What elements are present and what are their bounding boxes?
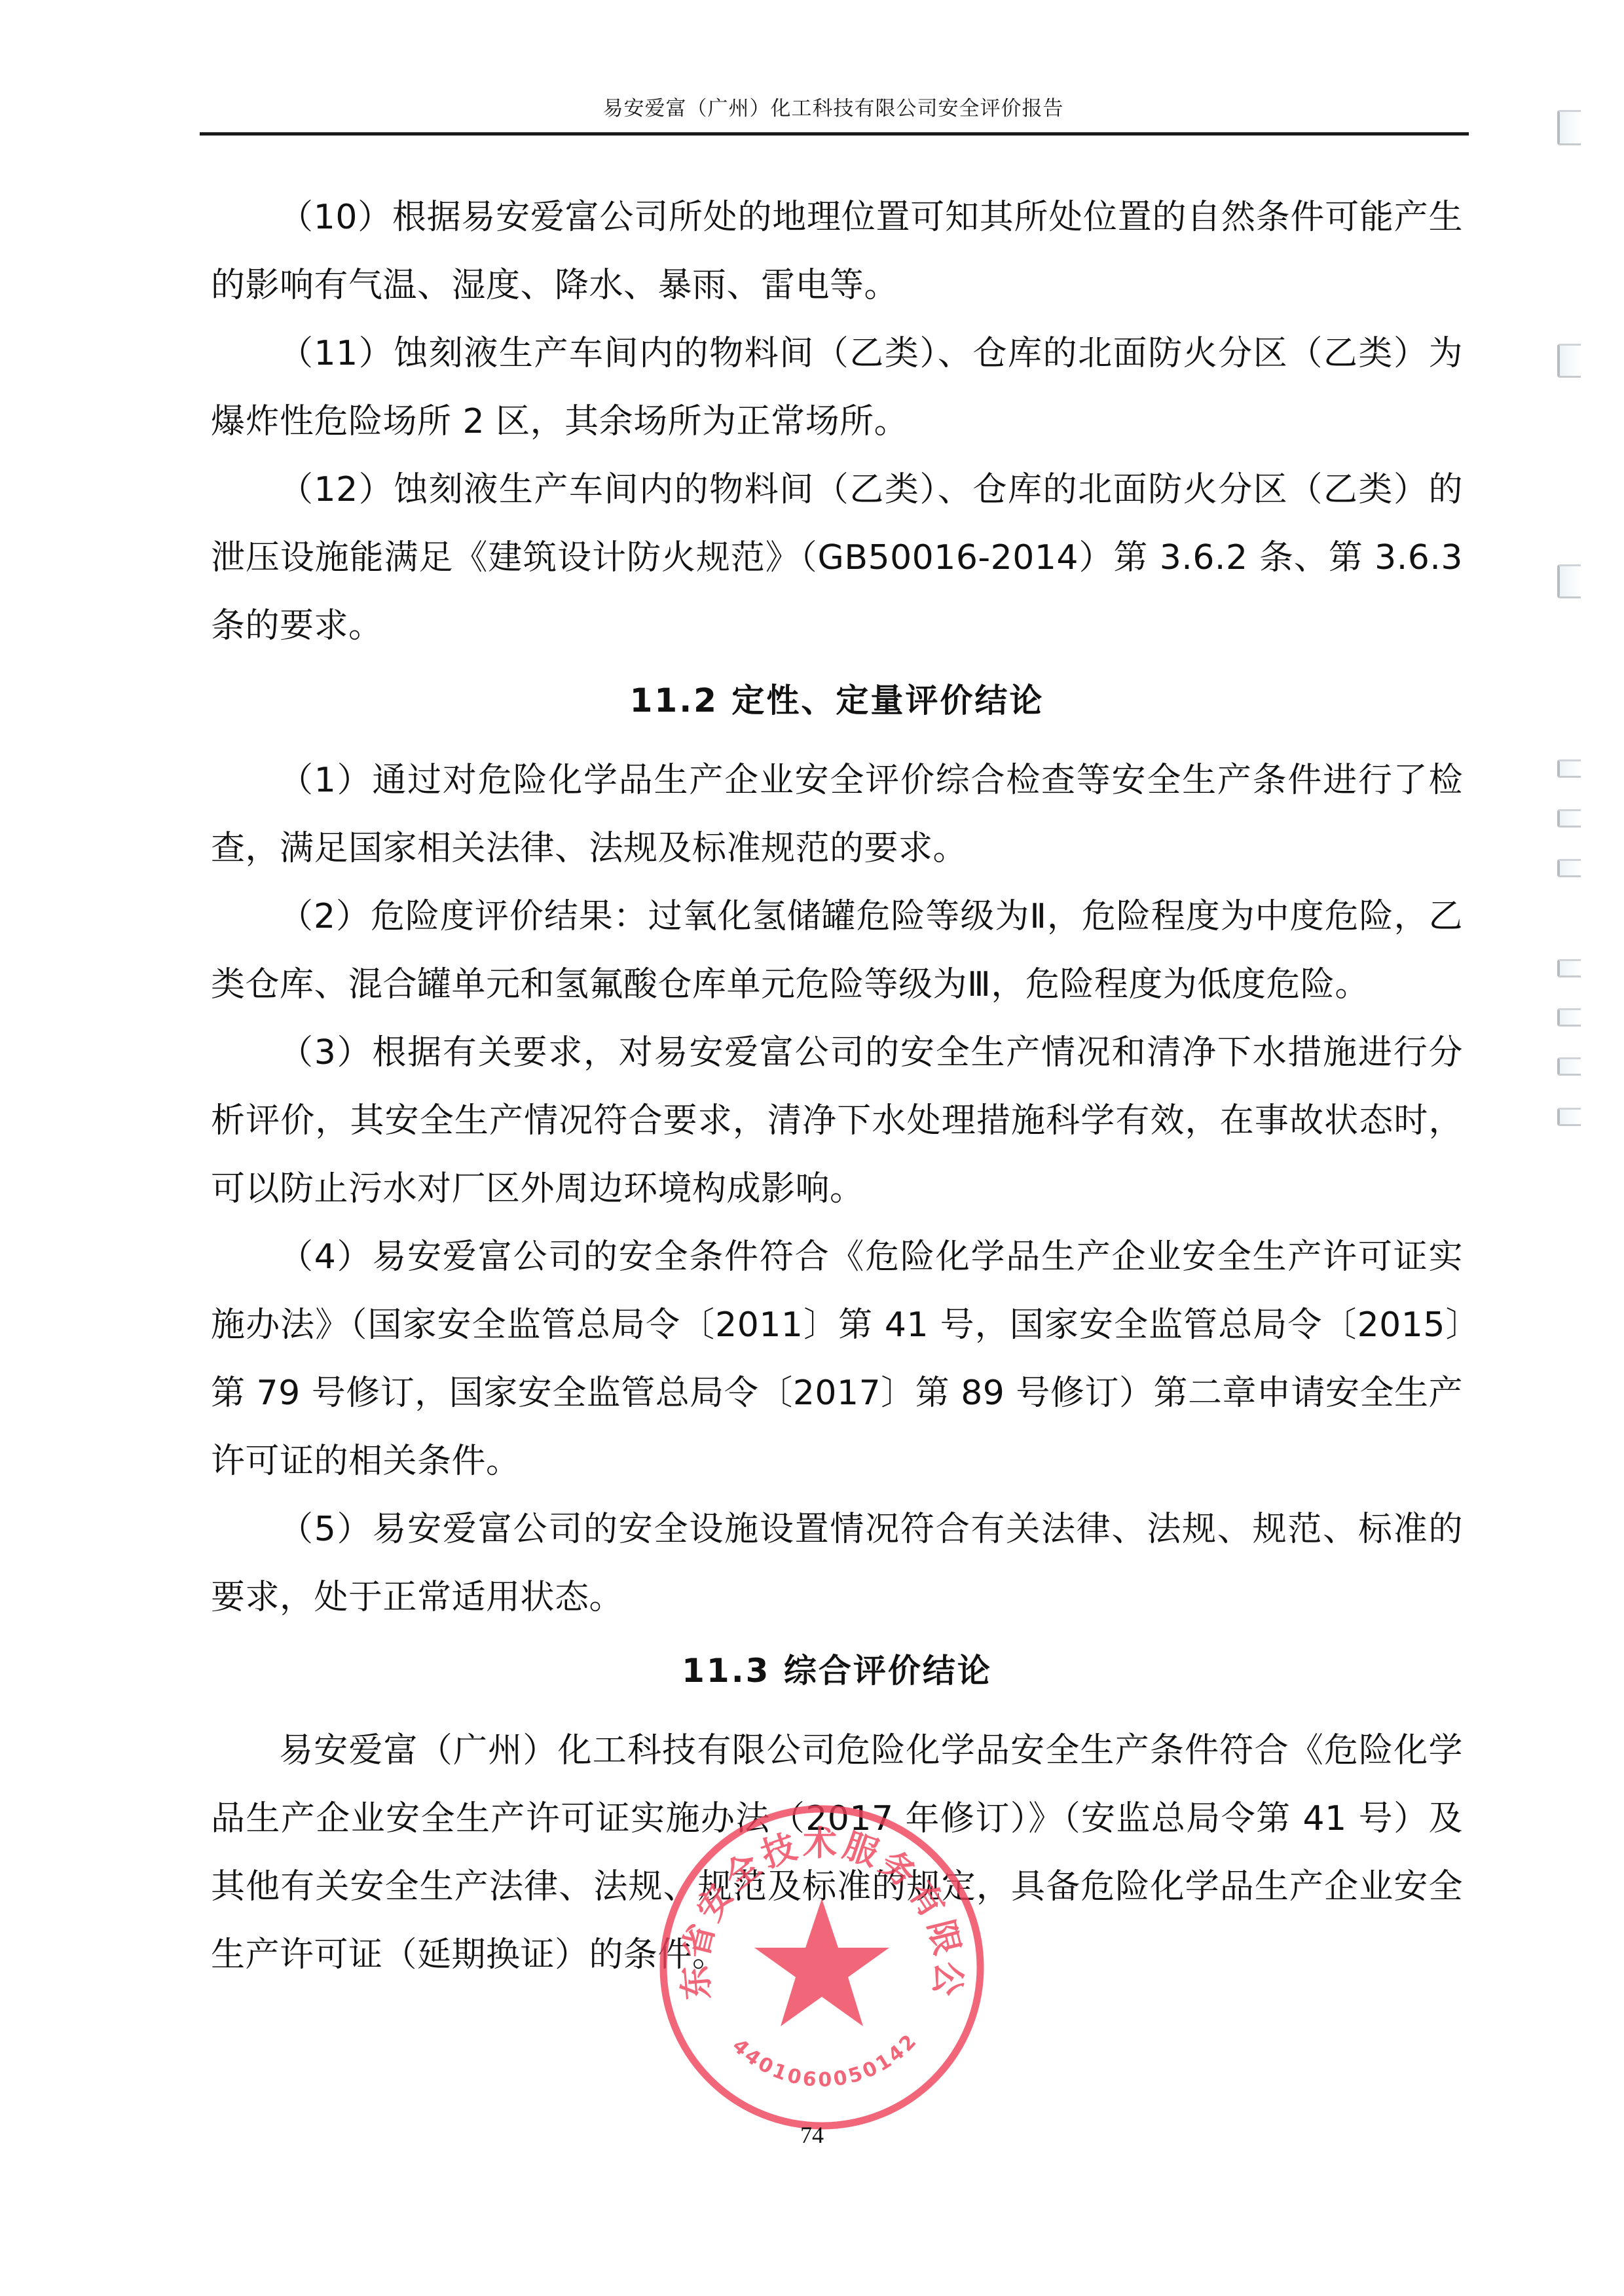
paragraph-11-2-3: （3）根据有关要求，对易安爱富公司的安全生产情况和清净下水措施进行分析评价，其安… xyxy=(211,1019,1463,1223)
section-heading-11-2: 11.2 定性、定量评价结论 xyxy=(211,661,1463,740)
paragraph-11-2-4: （4）易安爱富公司的安全条件符合《危险化学品生产企业安全生产许可证实施办法》（国… xyxy=(211,1223,1463,1495)
binding-hole-mark xyxy=(1557,759,1581,778)
binding-hole-mark xyxy=(1557,1057,1581,1076)
binding-hole-mark xyxy=(1557,1108,1581,1126)
svg-text:4401060050142: 4401060050142 xyxy=(728,2029,923,2092)
paragraph-12: （12）蚀刻液生产车间内的物料间（乙类）、仓库的北面防火分区（乙类）的泄压设施能… xyxy=(211,456,1463,660)
section-heading-11-3: 11.3 综合评价结论 xyxy=(211,1631,1463,1710)
report-header-title: 易安爱富（广州）化工科技有限公司安全评价报告 xyxy=(200,92,1467,121)
binding-hole-mark xyxy=(1557,1008,1581,1027)
page-number: 74 xyxy=(0,2121,1624,2149)
paragraph-11-2-2: （2）危险度评价结果：过氧化氢储罐危险等级为Ⅱ，危险程度为中度危险，乙类仓库、混… xyxy=(211,883,1463,1019)
binding-hole-mark xyxy=(1557,959,1581,977)
paragraph-10: （10）根据易安爱富公司所处的地理位置可知其所处位置的自然条件可能产生的影响有气… xyxy=(211,183,1463,319)
paragraph-11-3-conclusion: 易安爱富（广州）化工科技有限公司危险化学品安全生产条件符合《危险化学品生产企业安… xyxy=(211,1717,1463,1989)
binding-hole-mark xyxy=(1557,564,1581,598)
binding-hole-mark xyxy=(1557,344,1581,378)
header-divider xyxy=(200,132,1469,136)
paragraph-11-2-1: （1）通过对危险化学品生产企业安全评价综合检查等安全生产条件进行了检查，满足国家… xyxy=(211,746,1463,883)
paragraph-11: （11）蚀刻液生产车间内的物料间（乙类）、仓库的北面防火分区（乙类）为爆炸性危险… xyxy=(211,319,1463,456)
binding-hole-mark xyxy=(1557,859,1581,877)
binding-hole-mark xyxy=(1557,809,1581,828)
binding-hole-mark xyxy=(1557,110,1581,145)
paragraph-11-2-5: （5）易安爱富公司的安全设施设置情况符合有关法律、法规、规范、标准的要求，处于正… xyxy=(211,1495,1463,1631)
document-body: （10）根据易安爱富公司所处的地理位置可知其所处位置的自然条件可能产生的影响有气… xyxy=(211,183,1463,1989)
